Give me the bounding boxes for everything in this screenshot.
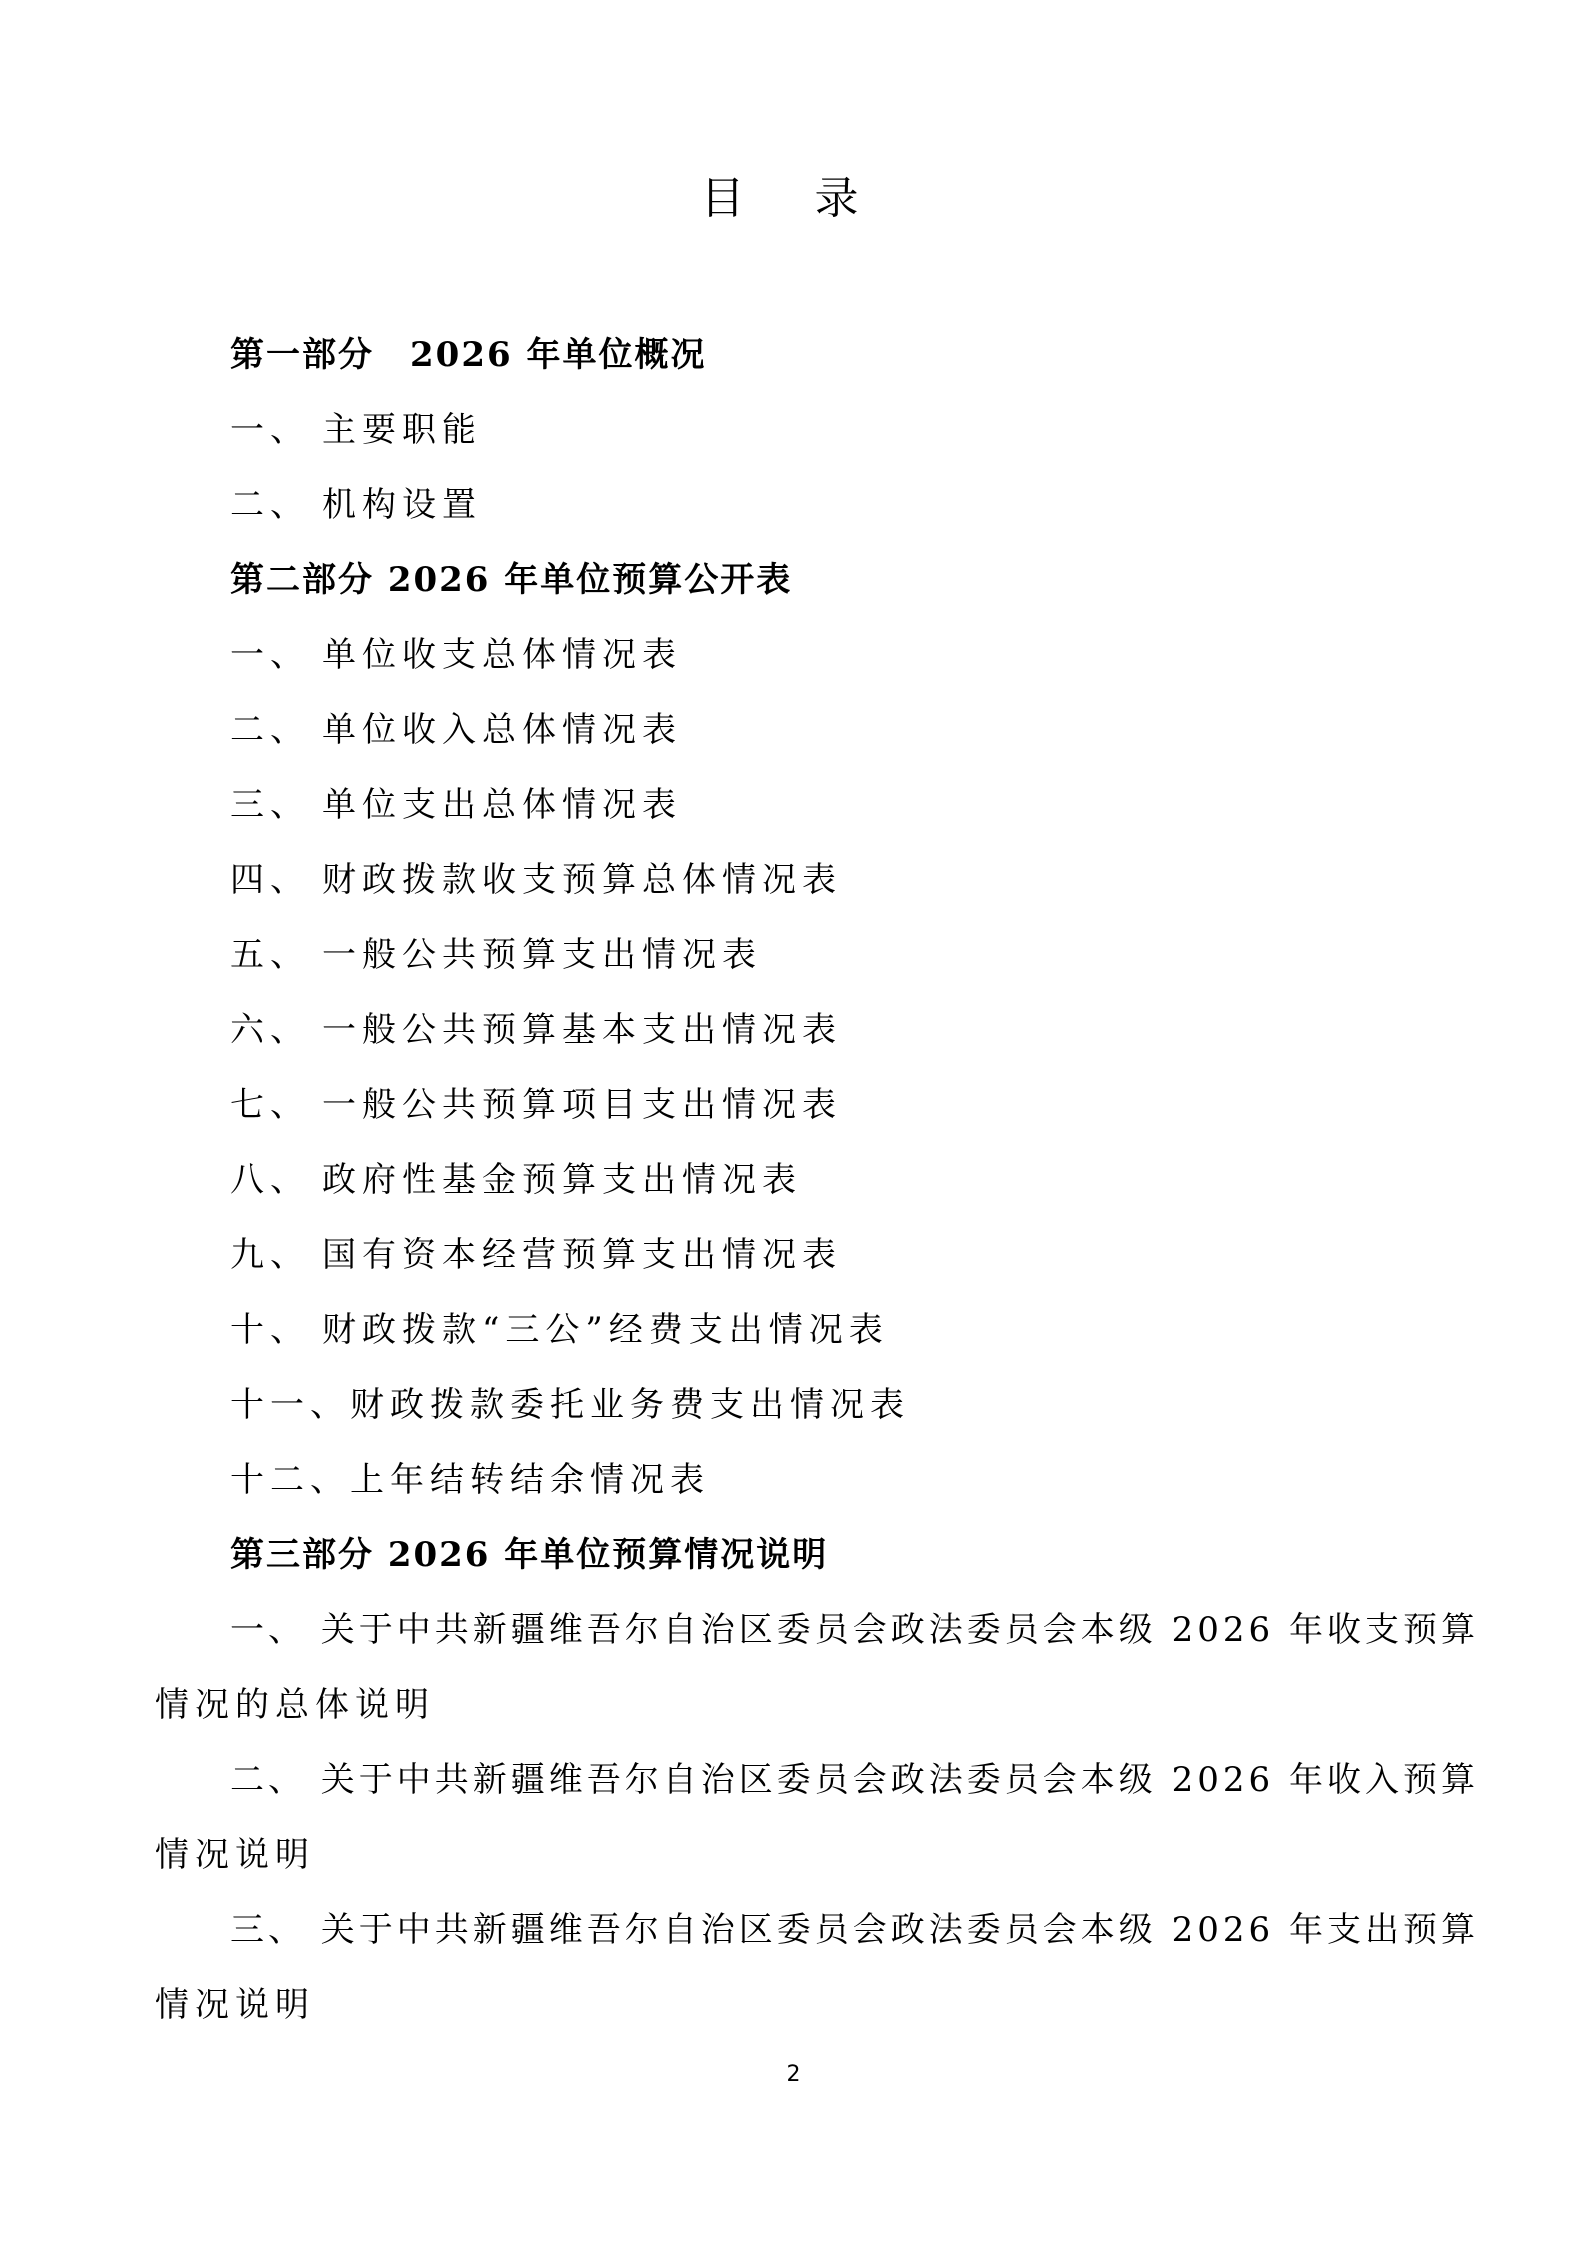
toc-item-number: 一、 <box>230 635 322 675</box>
toc-item-number: 八、 <box>230 1160 322 1200</box>
toc-item-number: 十一、 <box>230 1385 350 1425</box>
toc-item[interactable]: 四、财政拨款收支预算总体情况表 <box>230 860 842 900</box>
toc-item-number: 四、 <box>230 860 322 900</box>
toc-item-label: 财政拨款“三公”经费支出情况表 <box>322 1310 889 1350</box>
toc-item[interactable]: 十二、上年结转结余情况表 <box>230 1460 710 1500</box>
toc-part2-heading[interactable]: 第二部分 2026 年单位预算公开表 <box>230 560 792 600</box>
toc-item[interactable]: 六、一般公共预算基本支出情况表 <box>230 1010 842 1050</box>
page-number: 2 <box>0 2062 1587 2087</box>
toc-item-number: 五、 <box>230 935 322 975</box>
toc-item-number: 三、 <box>230 785 322 825</box>
toc-item-label: 财政拨款收支预算总体情况表 <box>322 860 842 900</box>
toc-part1-heading[interactable]: 第一部分 2026 年单位概况 <box>230 335 706 375</box>
toc-item-number: 九、 <box>230 1235 322 1275</box>
toc-part3-heading[interactable]: 第三部分 2026 年单位预算情况说明 <box>230 1535 828 1575</box>
toc-item-label: 国有资本经营预算支出情况表 <box>322 1235 842 1275</box>
toc-item[interactable]: 三、单位支出总体情况表 <box>230 785 682 825</box>
toc-item-label: 主要职能 <box>322 410 482 450</box>
toc-item-label: 单位收支总体情况表 <box>322 635 682 675</box>
toc-item-number: 十二、 <box>230 1460 350 1500</box>
toc-item[interactable]: 七、一般公共预算项目支出情况表 <box>230 1085 842 1125</box>
page-title: 目 录 <box>0 162 1587 226</box>
toc-item[interactable]: 二、 关于中共新疆维吾尔自治区委员会政法委员会本级 2026 年收入预算 <box>230 1760 1479 1800</box>
toc-item[interactable]: 三、 关于中共新疆维吾尔自治区委员会政法委员会本级 2026 年支出预算 <box>230 1910 1479 1950</box>
toc-item-label: 一般公共预算项目支出情况表 <box>322 1085 842 1125</box>
toc-item-number: 十、 <box>230 1310 322 1350</box>
toc-item[interactable]: 十一、财政拨款委托业务费支出情况表 <box>230 1385 910 1425</box>
toc-item[interactable]: 五、一般公共预算支出情况表 <box>230 935 762 975</box>
toc-item[interactable]: 一、单位收支总体情况表 <box>230 635 682 675</box>
toc-item[interactable]: 二、单位收入总体情况表 <box>230 710 682 750</box>
toc-item-number: 七、 <box>230 1085 322 1125</box>
toc-item-label: 机构设置 <box>322 485 482 525</box>
toc-item-number: 六、 <box>230 1010 322 1050</box>
toc-item[interactable]: 二、机构设置 <box>230 485 482 525</box>
toc-item-continuation[interactable]: 情况说明 <box>155 1985 315 2025</box>
toc-item-label: 一般公共预算基本支出情况表 <box>322 1010 842 1050</box>
toc-item-number: 二、 <box>230 710 322 750</box>
toc-item-label: 单位支出总体情况表 <box>322 785 682 825</box>
toc-item[interactable]: 一、 关于中共新疆维吾尔自治区委员会政法委员会本级 2026 年收支预算 <box>230 1610 1479 1650</box>
toc-item[interactable]: 一、主要职能 <box>230 410 482 450</box>
toc-item-number: 一、 <box>230 410 322 450</box>
toc-item-label: 上年结转结余情况表 <box>350 1460 710 1500</box>
toc-item[interactable]: 八、政府性基金预算支出情况表 <box>230 1160 802 1200</box>
toc-item-label: 财政拨款委托业务费支出情况表 <box>350 1385 910 1425</box>
toc-item[interactable]: 九、国有资本经营预算支出情况表 <box>230 1235 842 1275</box>
toc-item-continuation[interactable]: 情况的总体说明 <box>155 1685 435 1725</box>
toc-item[interactable]: 十、财政拨款“三公”经费支出情况表 <box>230 1310 889 1350</box>
toc-item-continuation[interactable]: 情况说明 <box>155 1835 315 1875</box>
toc-item-label: 一般公共预算支出情况表 <box>322 935 762 975</box>
toc-item-label: 单位收入总体情况表 <box>322 710 682 750</box>
toc-item-number: 二、 <box>230 485 322 525</box>
toc-item-label: 政府性基金预算支出情况表 <box>322 1160 802 1200</box>
